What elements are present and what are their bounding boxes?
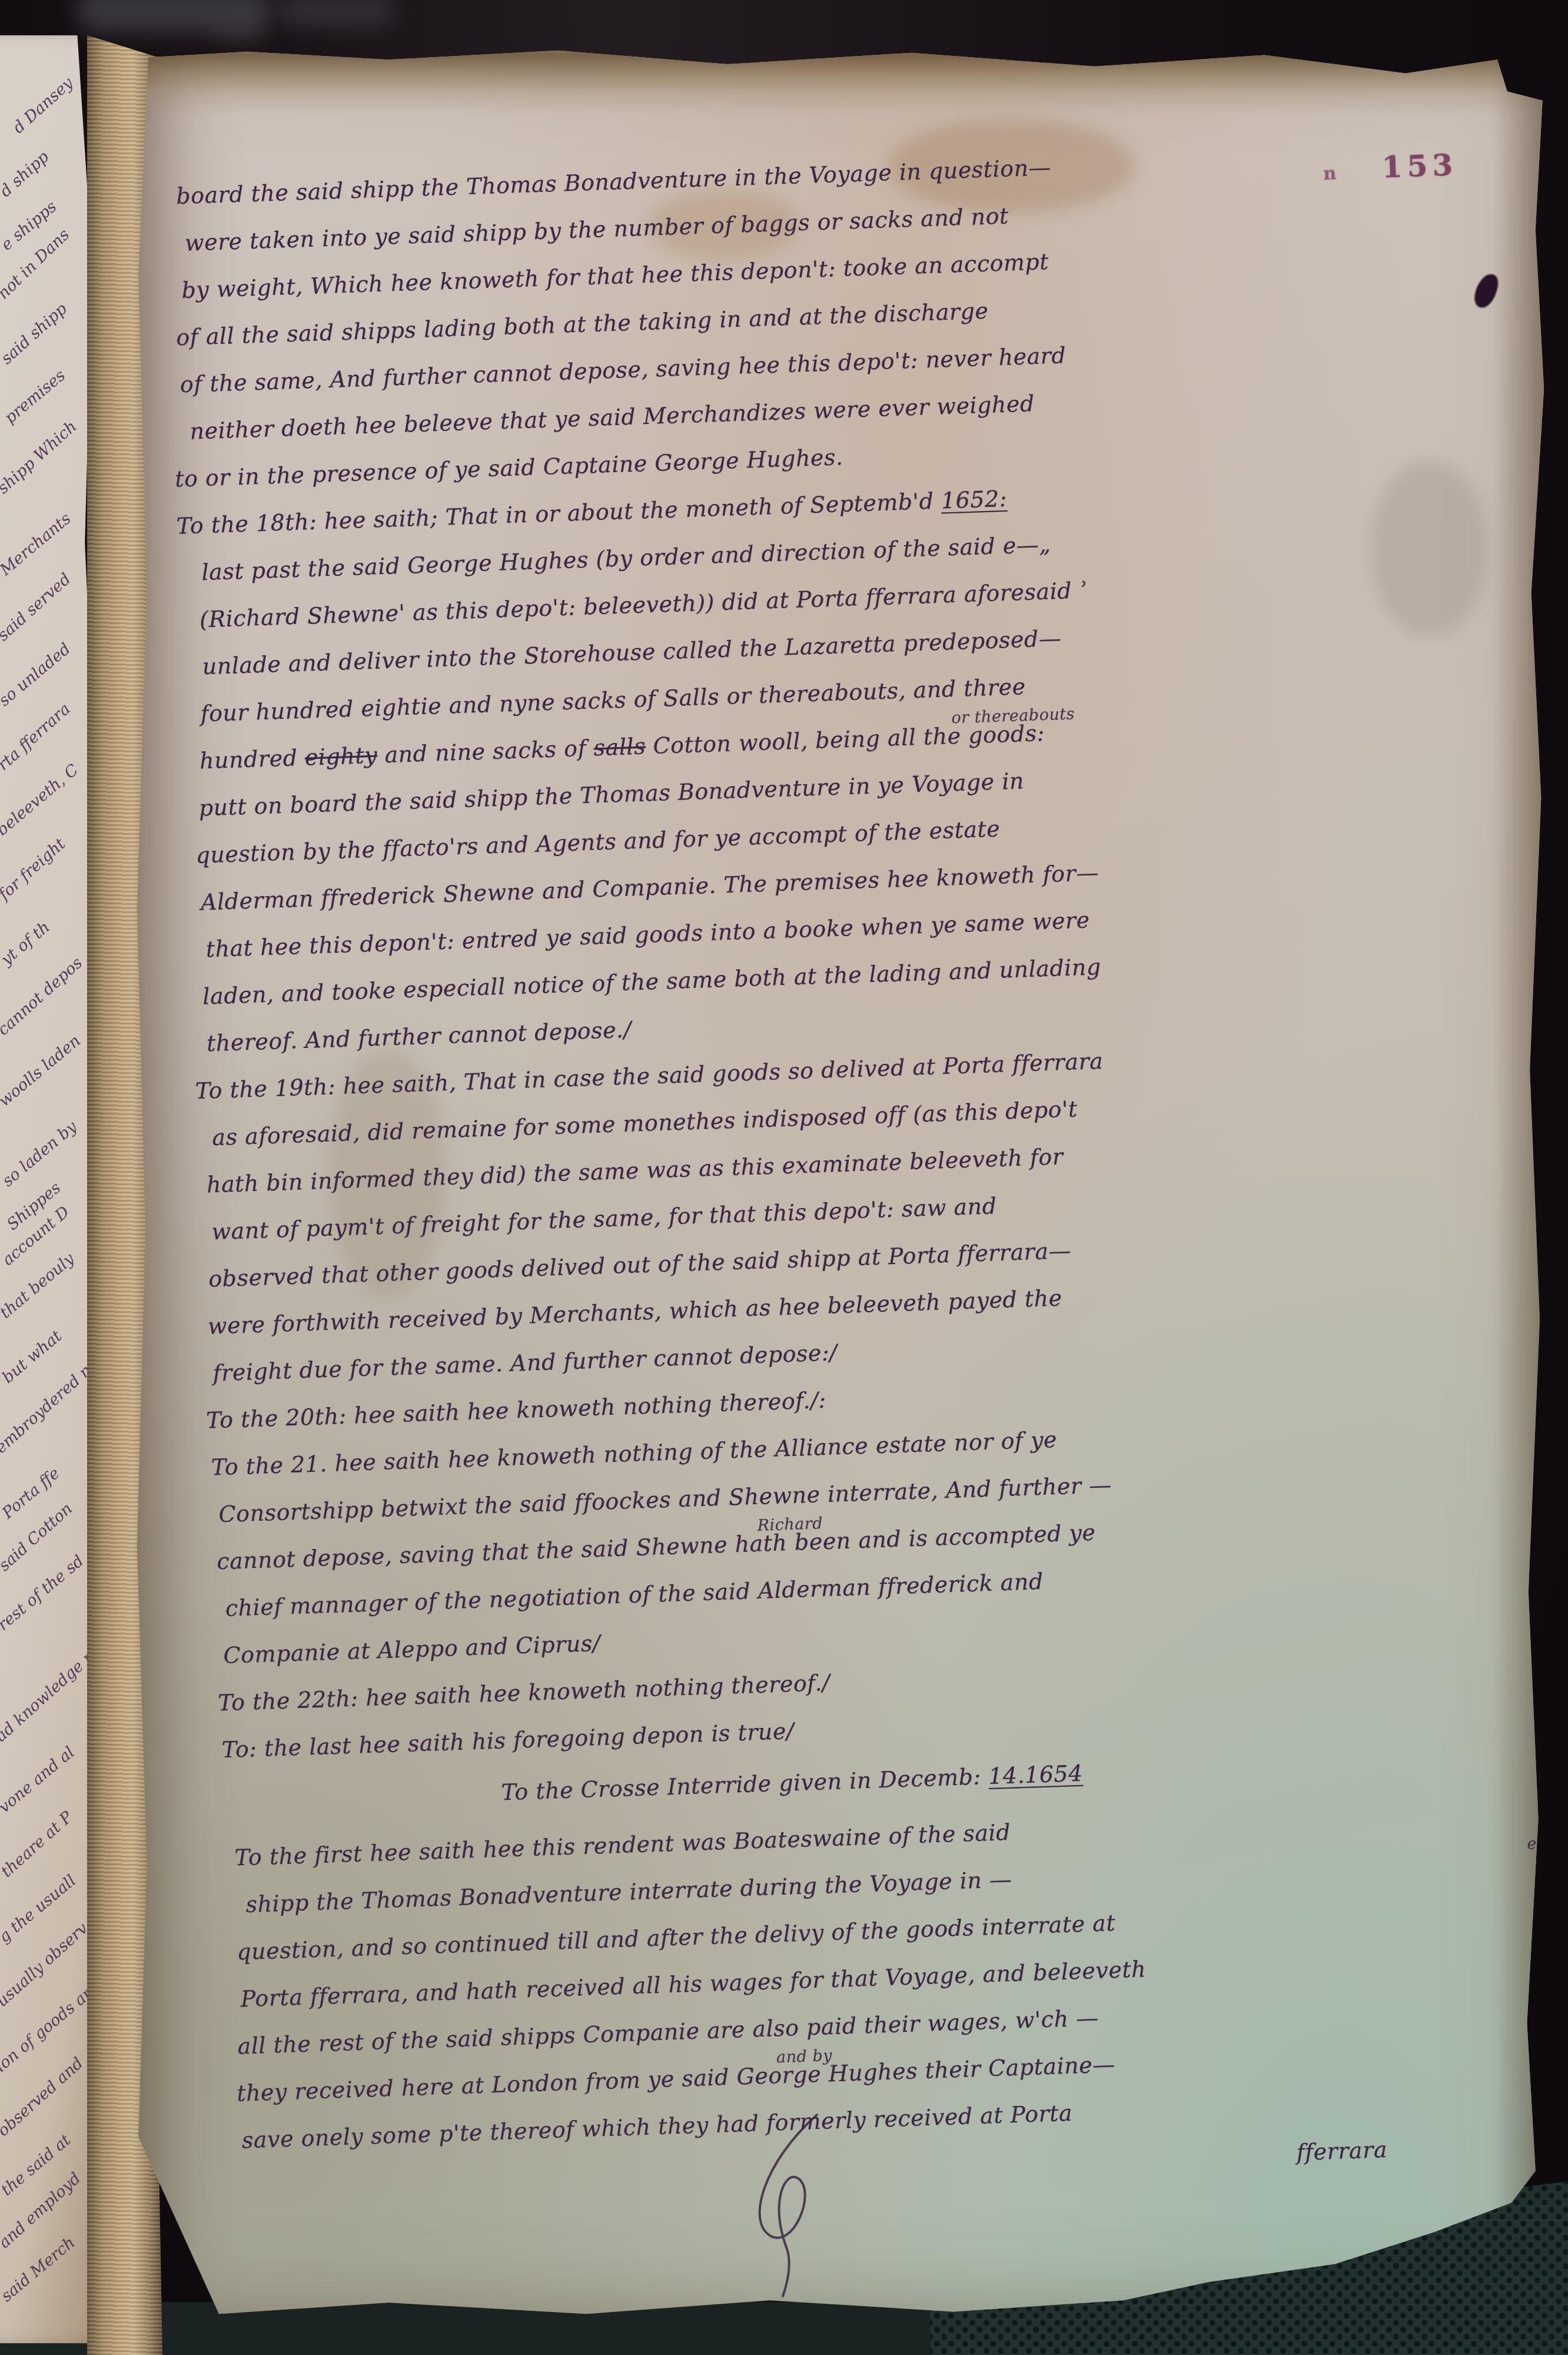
facing-page-fragment: premises [1,366,69,427]
facing-page-fragment: cannot depos [0,954,86,1039]
manuscript-text: board the said shipp the Thomas Bonadven… [165,128,1568,2211]
facing-page-fragment: said shipp [0,300,71,368]
interlined-word: en [1526,1820,1548,1868]
facing-page-fragment: beleeveth, C [0,761,82,840]
facing-page-fragment: rta fferrara [0,700,74,774]
facing-page-fragment: but what [0,1327,65,1387]
facing-page-fragment: shipp Which [0,417,81,497]
facing-page-fragment: so laden by [0,1117,81,1190]
top-edge-stain [134,48,1547,113]
manuscript-line: fferrara [1295,2119,1568,2177]
facing-page-fragment: for freight [0,835,69,904]
facing-page-fragment: said served [0,570,74,645]
facing-page-fragment: yt of th [0,918,54,969]
facing-page-fragment: Merchants [0,509,75,579]
interlined-word: Richard [756,1500,823,1550]
photograph: d Danseyd shippe shippsnot in Danssaid s… [0,0,1568,2355]
ink-flourish [729,2109,858,2303]
facing-page-fragment: so unladed [0,639,74,709]
manuscript-page: n153 board the said shipp the Thomas Bon… [134,48,1547,2318]
facing-page-fragment: vone and al [0,1743,78,1817]
facing-page-fragment: d shipp [0,148,52,201]
background-shadow-patch [212,18,265,41]
facing-page-fragment: theare at P [0,1808,76,1881]
interlined-word: or thereabouts [951,691,1075,742]
facing-page-fragment: woolls laden [0,1031,84,1110]
interlined-word: and by [776,2032,833,2081]
background-shadow-patch [277,0,394,26]
facing-page-fragment: d Dansey [9,74,77,137]
